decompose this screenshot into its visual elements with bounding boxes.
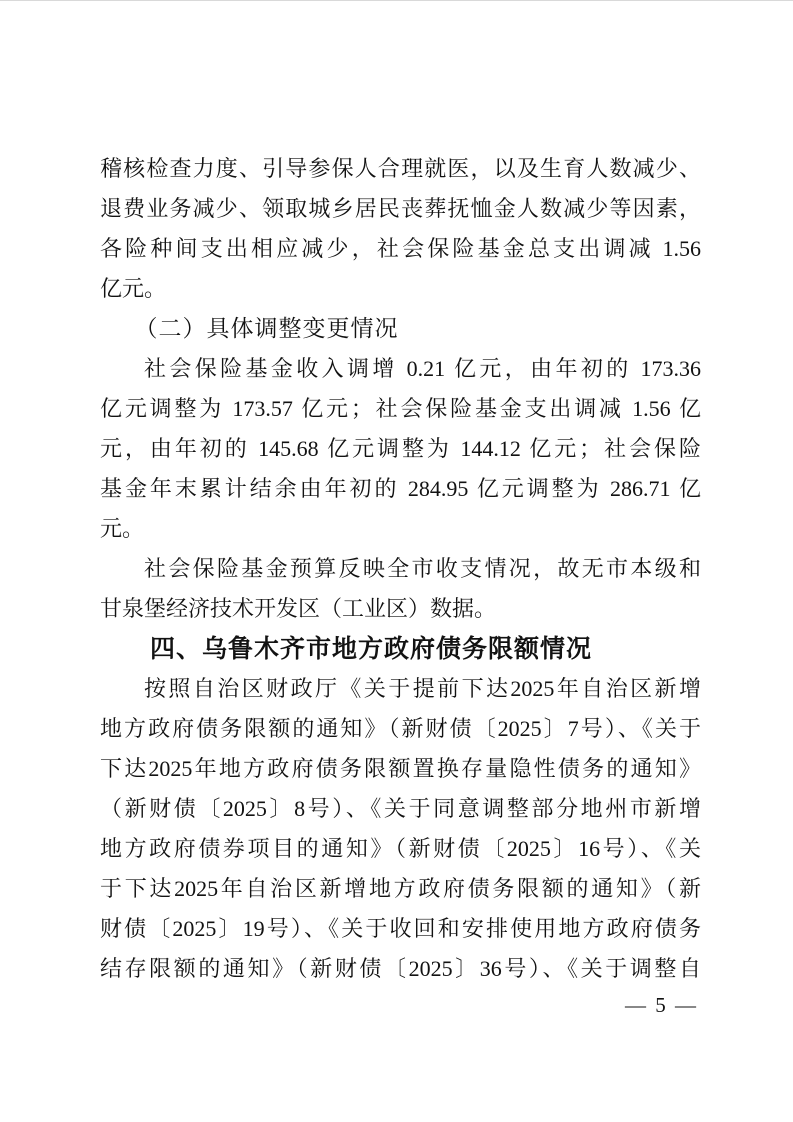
text-line: 地方政府债务限额的通知》（新财债〔2025〕7号）、《关于 <box>100 709 701 749</box>
text-line: 于下达2025年自治区新增地方政府债务限额的通知》（新 <box>100 869 701 909</box>
text-line: 社会保险基金预算反映全市收支情况，故无市本级和 <box>100 549 701 589</box>
text-line: （新财债〔2025〕8号）、《关于同意调整部分地州市新增 <box>100 789 701 829</box>
text-line: 元。 <box>100 509 701 549</box>
text-line: 下达2025年地方政府债务限额置换存量隐性债务的通知》 <box>100 749 701 789</box>
text-line: 基金年末累计结余由年初的 284.95 亿元调整为 286.71 亿 <box>100 469 701 509</box>
text-line: 社会保险基金收入调增 0.21 亿元，由年初的 173.36 <box>100 349 701 389</box>
text-line: 地方政府债券项目的通知》（新财债〔2025〕16号）、《关 <box>100 829 701 869</box>
section-subheading: （二）具体调整变更情况 <box>100 309 701 349</box>
text-line: 结存限额的通知》（新财债〔2025〕36号）、《关于调整自 <box>100 949 701 989</box>
text-line: 财债〔2025〕19号）、《关于收回和安排使用地方政府债务 <box>100 909 701 949</box>
text-line: 按照自治区财政厅《关于提前下达2025年自治区新增 <box>100 669 701 709</box>
document-body: 稽核检查力度、引导参保人合理就医，以及生育人数减少、退费业务减少、领取城乡居民丧… <box>100 149 701 989</box>
text-line: 各险种间支出相应减少，社会保险基金总支出调减 1.56 <box>100 229 701 269</box>
text-line: 稽核检查力度、引导参保人合理就医，以及生育人数减少、 <box>100 149 701 189</box>
text-line: 亿元调整为 173.57 亿元；社会保险基金支出调减 1.56 亿 <box>100 389 701 429</box>
page-number: — 5 — <box>625 991 698 1019</box>
text-line: 退费业务减少、领取城乡居民丧葬抚恤金人数减少等因素， <box>100 189 701 229</box>
text-line: 元，由年初的 145.68 亿元调整为 144.12 亿元；社会保险 <box>100 429 701 469</box>
text-line: 甘泉堡经济技术开发区（工业区）数据。 <box>100 589 701 629</box>
document-page: 稽核检查力度、引导参保人合理就医，以及生育人数减少、退费业务减少、领取城乡居民丧… <box>0 0 793 1122</box>
section-heading: 四、乌鲁木齐市地方政府债务限额情况 <box>100 629 701 669</box>
text-line: 亿元。 <box>100 269 701 309</box>
